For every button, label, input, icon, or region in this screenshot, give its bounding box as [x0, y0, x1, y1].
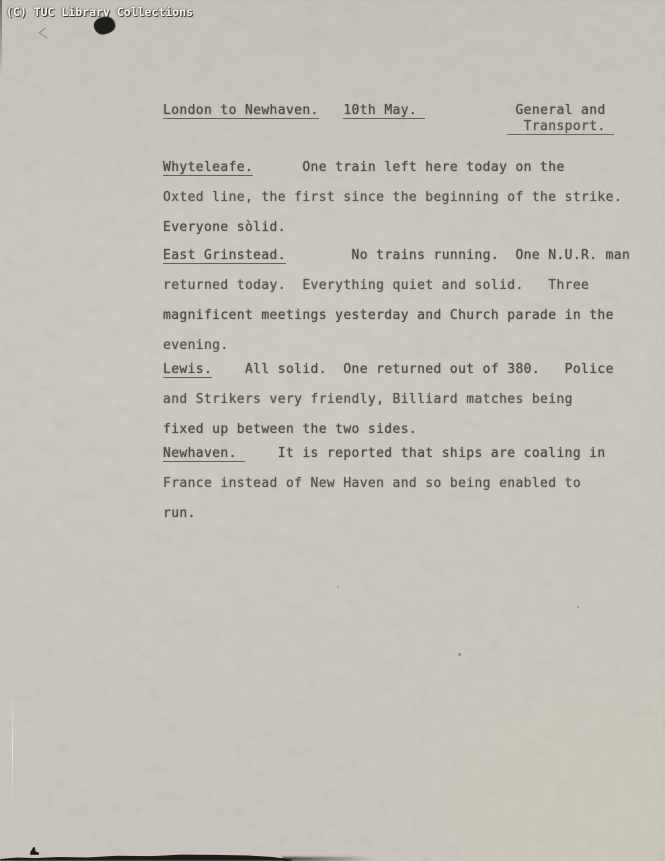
typed-segment: No trains running. One N.U.R. man — [286, 248, 630, 263]
typed-line: France instead of New Haven and so being… — [163, 469, 653, 499]
typed-segment — [319, 103, 344, 118]
typed-line: run. — [163, 499, 653, 529]
typed-segment: magnificent meetings yesterday and Churc… — [163, 308, 614, 323]
underlined-heading: Lewis. — [163, 362, 212, 378]
underlined-heading: Newhaven. — [163, 446, 245, 462]
typed-line: East Grinstead. No trains running. One N… — [163, 241, 653, 271]
typed-segment — [163, 119, 507, 134]
underlined-heading: London to Newhaven. — [163, 103, 319, 119]
scan-edge-shadow-left — [0, 0, 2, 78]
typed-segment: returned today. Everything quiet and sol… — [163, 278, 589, 293]
paragraph-whyteleafe: Whyteleafe. One train left here today on… — [163, 153, 653, 243]
typed-line: evening. — [163, 331, 653, 361]
underlined-heading: East Grinstead. — [163, 248, 286, 264]
paragraph-lewis: Lewis. All solid. One returned out of 38… — [163, 355, 653, 445]
pencil-scratch-mark — [39, 28, 54, 39]
scan-edge-shadow-bottom — [0, 850, 292, 861]
paper-speck — [458, 653, 461, 656]
scan-edge-shadow-fade — [282, 857, 372, 861]
typed-segment: and Strikers very friendly, Billiard mat… — [163, 392, 573, 407]
paragraph-newhaven: Newhaven. It is reported that ships are … — [163, 439, 653, 529]
typed-segment: It is reported that ships are coaling in — [245, 446, 606, 461]
paper-speck — [337, 586, 339, 588]
underlined-heading: 10th May. — [343, 103, 425, 119]
typed-segment: One train left here today on the — [253, 160, 564, 175]
typed-segment: Everyone sòlid. — [163, 220, 286, 235]
scanned-document-page: (C) TUC Library Collections London to Ne… — [0, 0, 665, 861]
typed-segment: France instead of New Haven and so being… — [163, 476, 581, 491]
typed-segment: fixed up between the two sides. — [163, 422, 417, 437]
typed-line: Whyteleafe. One train left here today on… — [163, 153, 653, 183]
typed-segment: General and — [425, 103, 605, 118]
paragraph-east-grinstead: East Grinstead. No trains running. One N… — [163, 241, 653, 361]
typed-segment: Oxted line, the first since the beginnin… — [163, 190, 622, 205]
typed-line: Newhaven. It is reported that ships are … — [163, 439, 653, 469]
typed-text: London to Newhaven. 10th May. General an… — [163, 103, 653, 529]
typed-line: returned today. Everything quiet and sol… — [163, 271, 653, 301]
typed-line: Everyone sòlid. — [163, 213, 653, 243]
typed-segment: evening. — [163, 338, 229, 353]
typed-line: and Strikers very friendly, Billiard mat… — [163, 385, 653, 415]
underlined-heading: Transport. — [507, 119, 614, 135]
paper-speck — [577, 606, 579, 608]
scan-edge-mark — [30, 847, 39, 855]
typed-segment: All solid. One returned out of 380. Poli… — [212, 362, 614, 377]
typed-line: Oxted line, the first since the beginnin… — [163, 183, 653, 213]
underlined-heading: Whyteleafe. — [163, 160, 253, 176]
paragraph-header: London to Newhaven. 10th May. General an… — [163, 103, 653, 135]
paper-crease — [12, 688, 13, 813]
typed-line: Transport. — [163, 119, 653, 135]
typed-line: London to Newhaven. 10th May. General an… — [163, 103, 653, 119]
typed-segment: run. — [163, 506, 196, 521]
typed-line: magnificent meetings yesterday and Churc… — [163, 301, 653, 331]
